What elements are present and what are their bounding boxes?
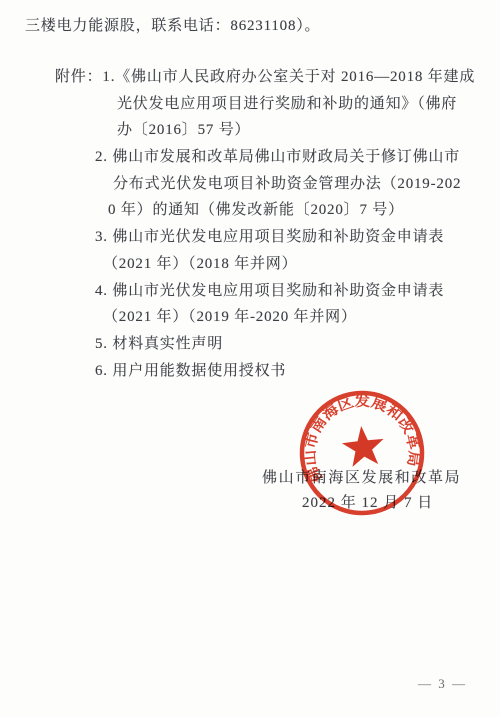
contact-line: 三楼电力能源股，联系电话：86231108）。 [25,14,320,35]
attachment-line: （2021 年）（2018 年并网） [55,251,485,278]
attachment-line: 5. 材料真实性声明 [55,331,485,358]
attachment-line: 光伏发电应用项目进行奖励和补助的通知》（佛府 [55,91,485,118]
attachment-line: 0 年）的通知（佛发改新能〔2020〕7 号） [55,197,485,224]
star-icon [340,424,386,468]
attachment-line: 分布式光伏发电项目补助资金管理办法（2019-202 [55,171,485,198]
attachment-line: 2. 佛山市发展和改革局佛山市财政局关于修订佛山市 [55,144,485,171]
attachment-list: 附件：1.《佛山市人民政府办公室关于对 2016—2018 年建成 光伏发电应用… [55,64,485,384]
attachment-line: 附件：1.《佛山市人民政府办公室关于对 2016—2018 年建成 [55,64,485,91]
official-seal: 佛山市南海区发展和改革局 [287,378,436,527]
attachment-line: 3. 佛山市光伏发电应用项目奖励和补助资金申请表 [55,224,485,251]
document-page: 三楼电力能源股，联系电话：86231108）。 附件：1.《佛山市人民政府办公室… [0,0,500,717]
attachment-line: （2021 年）（2019 年-2020 年并网） [55,304,485,331]
attachment-line: 办〔2016〕57 号） [55,117,485,144]
page-number: — 3 — [418,676,467,692]
attachment-line: 4. 佛山市光伏发电应用项目奖励和补助资金申请表 [55,278,485,305]
